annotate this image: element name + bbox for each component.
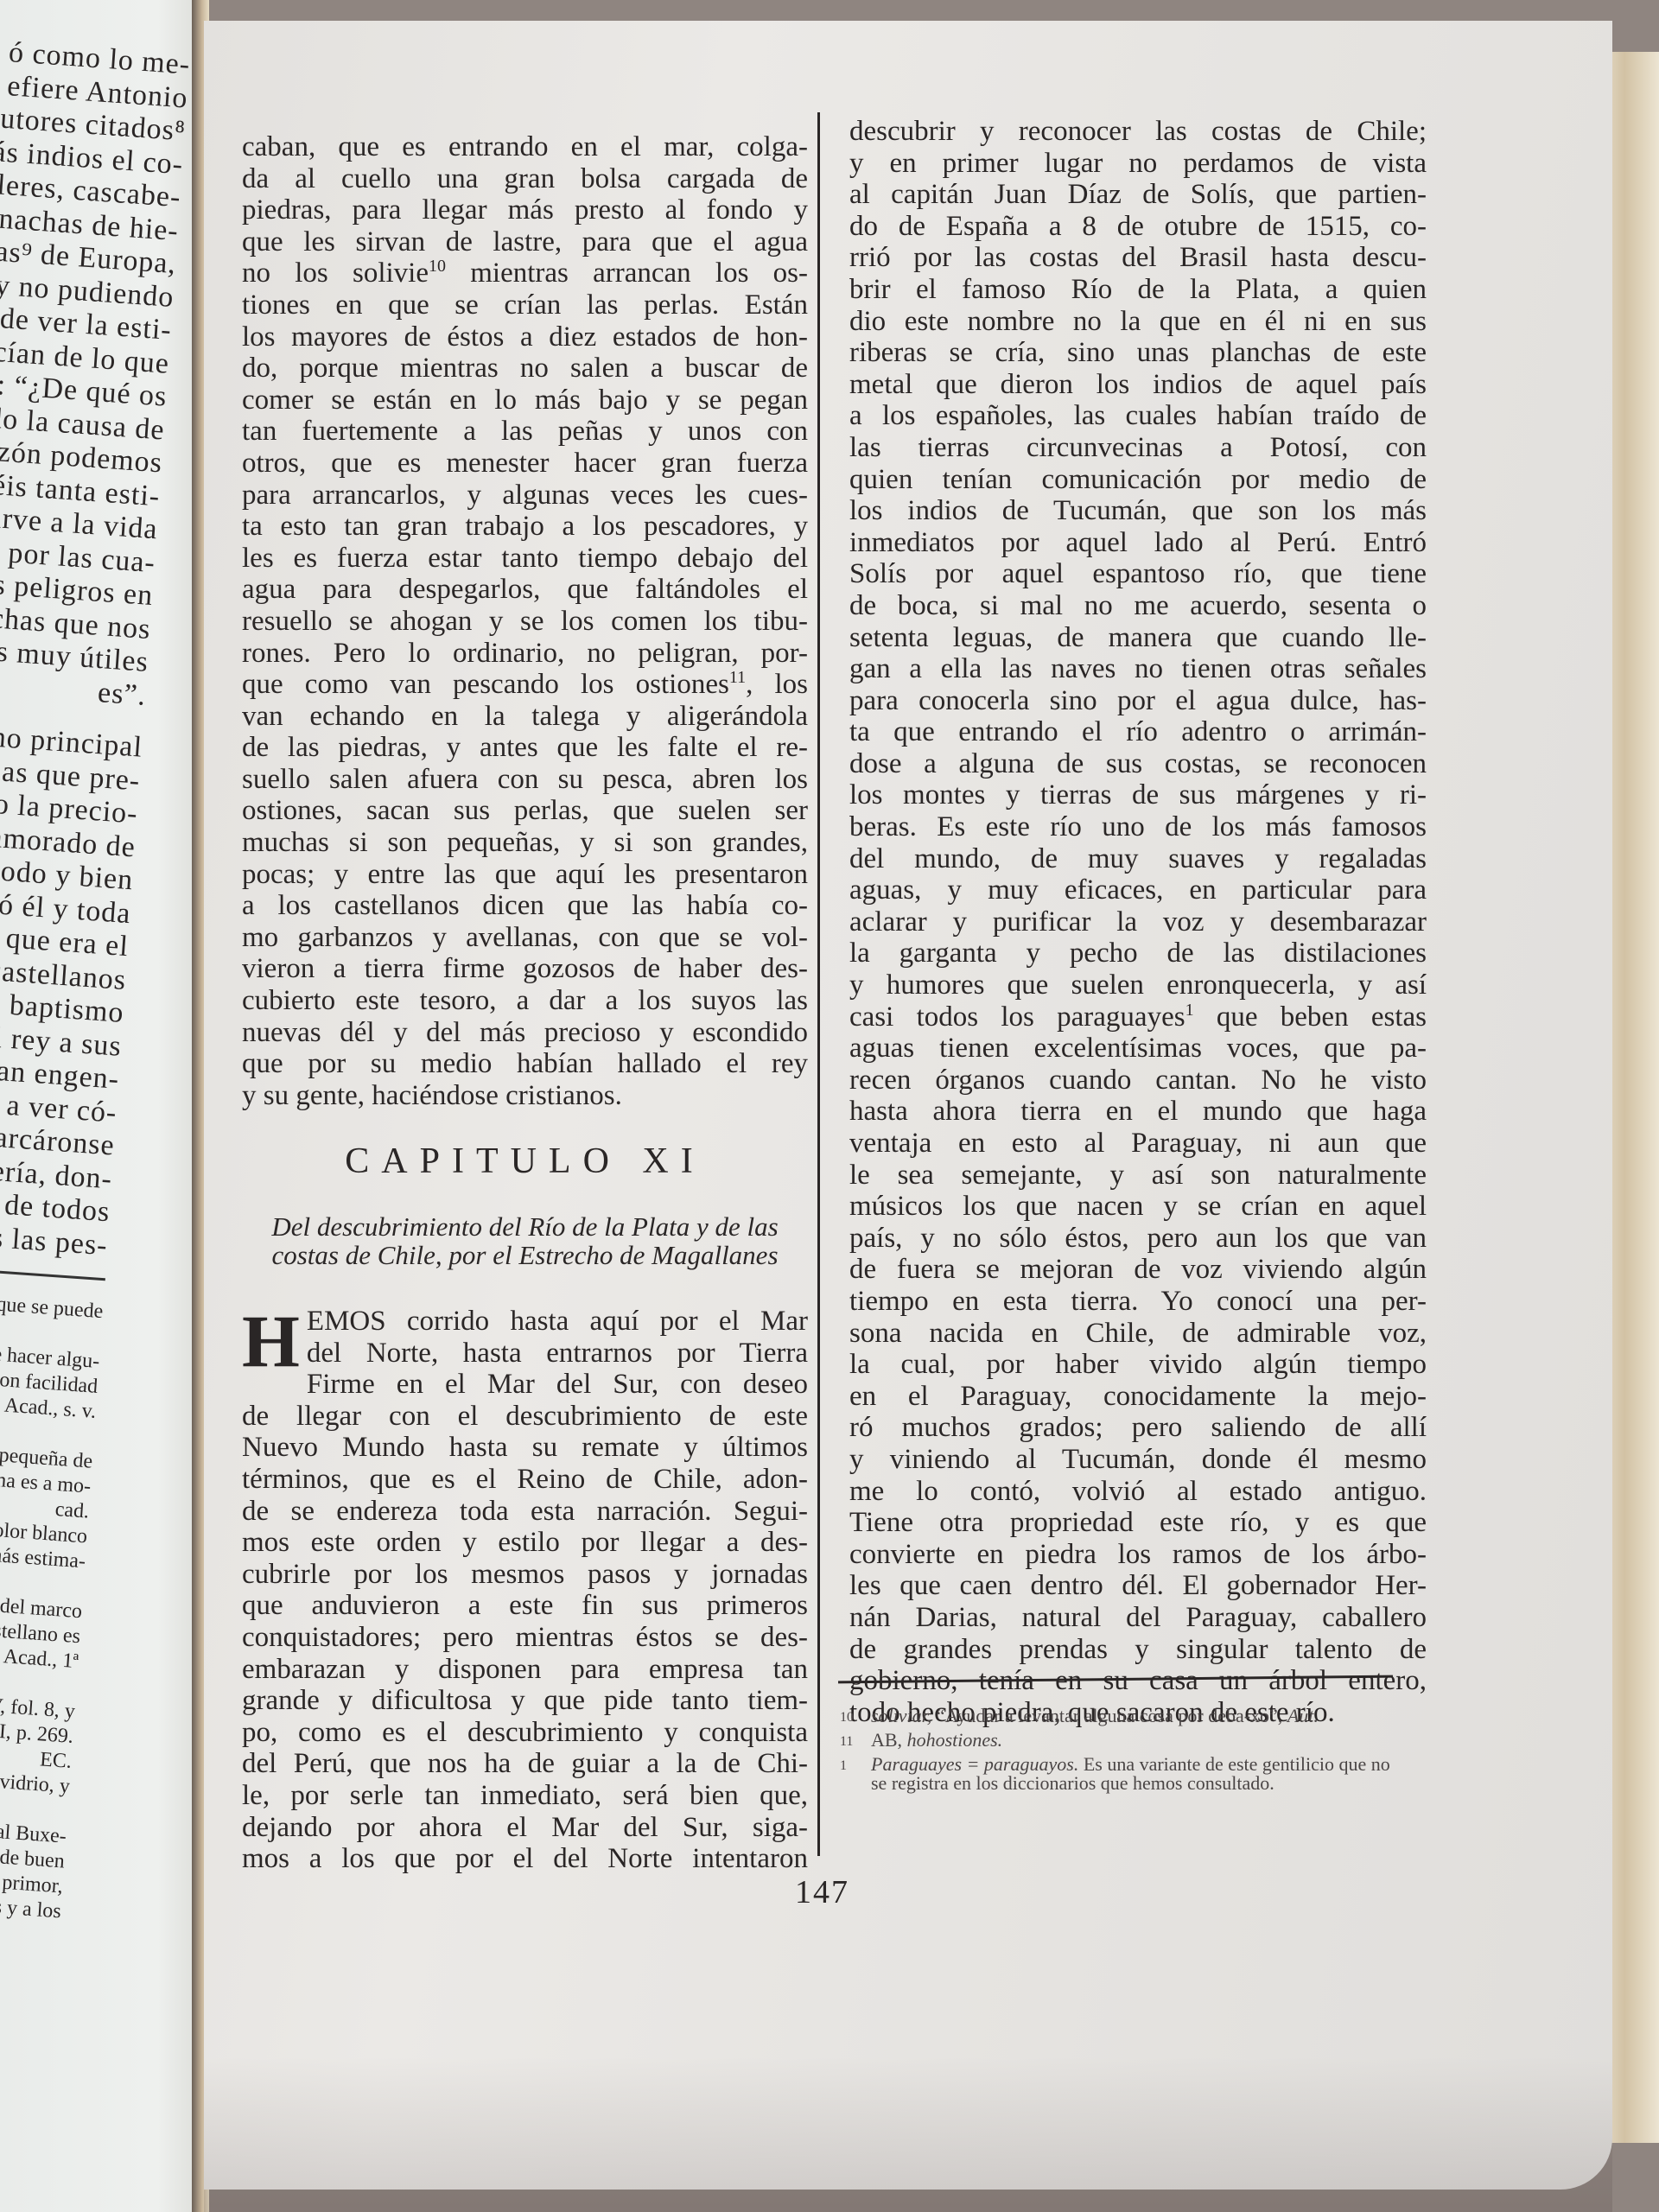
- text-line: le, por serle tan inmediato, será bien q…: [242, 1780, 808, 1812]
- text-line: y humores que suelen enronquecerla, y as…: [849, 969, 1427, 1001]
- text-line: descubrir y reconocer las costas de Chil…: [849, 116, 1427, 148]
- text-line: tiempo en esta tierra. Yo conocí una per…: [849, 1286, 1427, 1318]
- text-line: en el Paraguay, conocidamente la mejo-: [849, 1381, 1427, 1413]
- text-line: tan fuertemente a las peñas y unos con: [242, 416, 808, 448]
- text-line: ta esto tan gran trabajo a los pescadore…: [242, 511, 808, 543]
- text-line: para conocerla sino por el agua dulce, h…: [849, 685, 1427, 717]
- text-line: me lo contó, volvió al estado antiguo.: [849, 1476, 1427, 1508]
- text-line: del Perú, que nos ha de guiar a la de Ch…: [242, 1748, 808, 1780]
- text-line: del mundo, de muy suaves y regaladas: [849, 843, 1427, 875]
- chapter-heading: CAPITULO XI: [242, 1146, 808, 1178]
- text-column-left: caban, que es entrando en el mar, colga-…: [242, 131, 808, 1875]
- chapter-subtitle: Del descubrimiento del Río de la Plata y…: [242, 1212, 808, 1269]
- text-line: músicos los que nacen y se crían en aque…: [849, 1191, 1427, 1223]
- text-line: do de España a 8 de otubre de 1515, co-: [849, 211, 1427, 243]
- text-line: de las piedras, y antes que les falte el…: [242, 732, 808, 764]
- footnote-text: Paraguayes = paraguayos. Es una variante…: [871, 1755, 1402, 1793]
- text-line: Tiene otra propriedad este río, y es que: [849, 1507, 1427, 1539]
- text-line: les es fuerza estar tanto tiempo debajo …: [242, 543, 808, 575]
- text-line: y viniendo al Tucumán, donde él mesmo: [849, 1444, 1427, 1476]
- text-line: de boca, si mal no me acuerdo, sesenta o: [849, 590, 1427, 622]
- paragraph-rio-de-la-plata: descubrir y reconocer las costas de Chil…: [849, 116, 1427, 1728]
- text-line: cubrirle por los mesmos pasos y jornadas: [242, 1559, 808, 1591]
- text-line: vieron a tierra firme gozosos de haber d…: [242, 953, 808, 985]
- paragraph-pearl-fishing: caban, que es entrando en el mar, colga-…: [242, 131, 808, 1111]
- text-line: al capitán Juan Díaz de Solís, que parti…: [849, 179, 1427, 211]
- text-line: cubierto este tesoro, a dar a los suyos …: [242, 985, 808, 1017]
- text-line: los indios de Tucumán, que son los más: [849, 495, 1427, 527]
- text-line: mos este orden y estilo por llegar a des…: [242, 1527, 808, 1559]
- text-line: ventaja en esto al Paraguay, ni aun que: [849, 1128, 1427, 1160]
- facing-page-text: ó como lo me-efiere Antonioutores citado…: [0, 35, 191, 1924]
- text-line: le sea semejante, y así son naturalmente: [849, 1160, 1427, 1192]
- text-line: gan a ella las naves no tienen otras señ…: [849, 653, 1427, 685]
- text-line: van echando en la talega y aligerándola: [242, 701, 808, 733]
- text-line: setenta leguas, de manera que cuando lle…: [849, 622, 1427, 654]
- text-line: a los españoles, las cuales habían traíd…: [849, 400, 1427, 432]
- text-line: ró muchos grados; pero saliendo de allí: [849, 1412, 1427, 1444]
- text-line: Nuevo Mundo hasta su remate y últimos: [242, 1432, 808, 1464]
- text-line: y en primer lugar no perdamos de vista: [849, 148, 1427, 180]
- text-line: términos, que es el Reino de Chile, adon…: [242, 1464, 808, 1496]
- facing-page-left: ó como lo me-efiere Antonioutores citado…: [0, 0, 197, 2212]
- text-line: caban, que es entrando en el mar, colga-: [242, 131, 808, 163]
- text-line: aguas, y muy eficaces, en particular par…: [849, 874, 1427, 906]
- footnote-number: 11: [840, 1731, 871, 1751]
- text-line: riberas se cría, sino unas planchas de e…: [849, 337, 1427, 369]
- text-line: grande y dificultosa y que pide tanto ti…: [242, 1685, 808, 1717]
- text-line: recen órganos cuando cantan. No he visto: [849, 1065, 1427, 1096]
- text-line: rones. Pero lo ordinario, no peligran, p…: [242, 638, 808, 670]
- footnote-text: AB, hohostiones.: [871, 1731, 1002, 1751]
- text-line: mos a los que por el del Norte intentaro…: [242, 1843, 808, 1875]
- footnote-text: soliviar, “Ayudar a levantar alguna cosa…: [871, 1707, 1319, 1727]
- footnotes: 10soliviar, “Ayudar a levantar alguna co…: [840, 1707, 1402, 1796]
- text-line: dose a alguna de sus costas, se reconoce…: [849, 748, 1427, 780]
- text-line: comer se están en lo más bajo y se pegan: [242, 385, 808, 416]
- footnote-rule: [0, 1264, 105, 1281]
- footnote-number: 1: [840, 1755, 871, 1793]
- footnote-reference: 10: [429, 257, 446, 276]
- text-line: de llegar con el descubrimiento de este: [242, 1401, 808, 1433]
- text-line: rrió por las costas del Brasil hasta des…: [849, 242, 1427, 274]
- footnote-number: 10: [840, 1707, 871, 1727]
- text-column-right: descubrir y reconocer las costas de Chil…: [849, 116, 1427, 1728]
- text-line: pocas; y entre las que aquí les presenta…: [242, 859, 808, 891]
- text-line: a los castellanos dicen que las había co…: [242, 890, 808, 922]
- paragraph-chapter-opening: H EMOS corrido hasta aquí por el Mardel …: [242, 1306, 808, 1875]
- footnote: 11AB, hohostiones.: [840, 1731, 1402, 1751]
- text-line: casi todos los paraguayes1 que beben est…: [849, 1001, 1427, 1033]
- text-line: ta que entrando el río adentro o arrimán…: [849, 716, 1427, 748]
- text-line: nuevas dél y del más precioso y escondid…: [242, 1017, 808, 1049]
- text-line: ostiones, sacan sus perlas, que suelen s…: [242, 795, 808, 827]
- text-line: y su gente, haciéndose cristianos.: [242, 1080, 808, 1112]
- text-line: que les sirvan de lastre, para que el ag…: [242, 226, 808, 258]
- text-line: la cual, por haber vivido algún tiempo: [849, 1349, 1427, 1381]
- text-line: que por su medio habían hallado el rey: [242, 1048, 808, 1080]
- footnote: 1Paraguayes = paraguayos. Es una variant…: [840, 1755, 1402, 1793]
- text-line: nán Darias, natural del Paraguay, caball…: [849, 1602, 1427, 1634]
- text-line: del Norte, hasta entrarnos por Tierra: [242, 1338, 808, 1370]
- text-line: de grandes prendas y singular talento de: [849, 1634, 1427, 1666]
- text-line: piedras, para llegar más presto al fondo…: [242, 194, 808, 226]
- text-line: muchas si son pequeñas, y si son grandes…: [242, 827, 808, 859]
- text-line: beras. Es este río uno de los más famoso…: [849, 811, 1427, 843]
- text-line: dejando por ahora el Mar del Sur, siga-: [242, 1812, 808, 1844]
- footnote-reference: 11: [729, 668, 746, 687]
- text-line: aguas tienen excelentísimas voces, que p…: [849, 1033, 1427, 1065]
- text-line: las tierras circunvecinas a Potosí, con: [849, 432, 1427, 464]
- text-line: otros, que es menester hacer gran fuerza: [242, 448, 808, 480]
- text-line: da al cuello una gran bolsa cargada de: [242, 163, 808, 195]
- text-line: metal que dieron los indios de aquel paí…: [849, 369, 1427, 401]
- text-line: convierte en piedra los ramos de los árb…: [849, 1539, 1427, 1571]
- text-line: po, como es el descubrimiento y conquist…: [242, 1717, 808, 1749]
- text-line: Solís por aquel espantoso río, que tiene: [849, 558, 1427, 590]
- text-line: país, y no sólo éstos, pero aun los que …: [849, 1223, 1427, 1255]
- page-number: 147: [795, 1873, 849, 1911]
- text-line: Firme en el Mar del Sur, con deseo: [242, 1369, 808, 1401]
- text-line: conquistadores; pero mientras éstos se d…: [242, 1622, 808, 1654]
- text-line: do, porque mientras no salen a buscar de: [242, 353, 808, 385]
- text-line: para arrancarlos, y algunas veces les cu…: [242, 480, 808, 512]
- text-line: agua para despegarlos, que faltándoles e…: [242, 574, 808, 606]
- text-line: la garganta y pecho de las distilaciones: [849, 938, 1427, 969]
- footnote-reference: 1: [1185, 1001, 1194, 1020]
- text-line: tiones en que se crían las perlas. Están: [242, 289, 808, 321]
- text-line: de se endereza toda esta narración. Segu…: [242, 1496, 808, 1528]
- text-line: les que caen dentro dél. El gobernador H…: [849, 1570, 1427, 1602]
- text-line: EMOS corrido hasta aquí por el Mar: [242, 1306, 808, 1338]
- text-line: brir el famoso Río de la Plata, a quien: [849, 274, 1427, 306]
- text-line: sona nacida en Chile, de admirable voz,: [849, 1318, 1427, 1350]
- column-divider: [817, 112, 820, 1856]
- text-line: de fuera se mejoran de voz viviendo algú…: [849, 1254, 1427, 1286]
- footnote: 10soliviar, “Ayudar a levantar alguna co…: [840, 1707, 1402, 1727]
- text-line: resuello se ahogan y se los comen los ti…: [242, 606, 808, 638]
- text-line: dio este nombre no la que en él ni en su…: [849, 306, 1427, 338]
- text-line: suello salen afuera con su pesca, abren …: [242, 764, 808, 796]
- drop-cap: H: [242, 1311, 300, 1371]
- text-line: embarazan y disponen para empresa tan: [242, 1654, 808, 1686]
- text-line: mo garbanzos y avellanas, con que se vol…: [242, 922, 808, 954]
- text-line: no los solivie10 mientras arrancan los o…: [242, 257, 808, 289]
- text-line: los mayores de éstos a diez estados de h…: [242, 321, 808, 353]
- text-line: que como van pescando los ostiones11, lo…: [242, 669, 808, 701]
- text-line: quien tenían comunicación por medio de: [849, 464, 1427, 496]
- text-line: hasta ahora tierra en el mundo que haga: [849, 1096, 1427, 1128]
- text-line: los montes y tierras de sus márgenes y r…: [849, 779, 1427, 811]
- text-line: que anduvieron a este fin sus primeros: [242, 1590, 808, 1622]
- text-line: inmediatos por aquel lado al Perú. Entró: [849, 527, 1427, 559]
- text-line: aclarar y purificar la voz y desembaraza…: [849, 906, 1427, 938]
